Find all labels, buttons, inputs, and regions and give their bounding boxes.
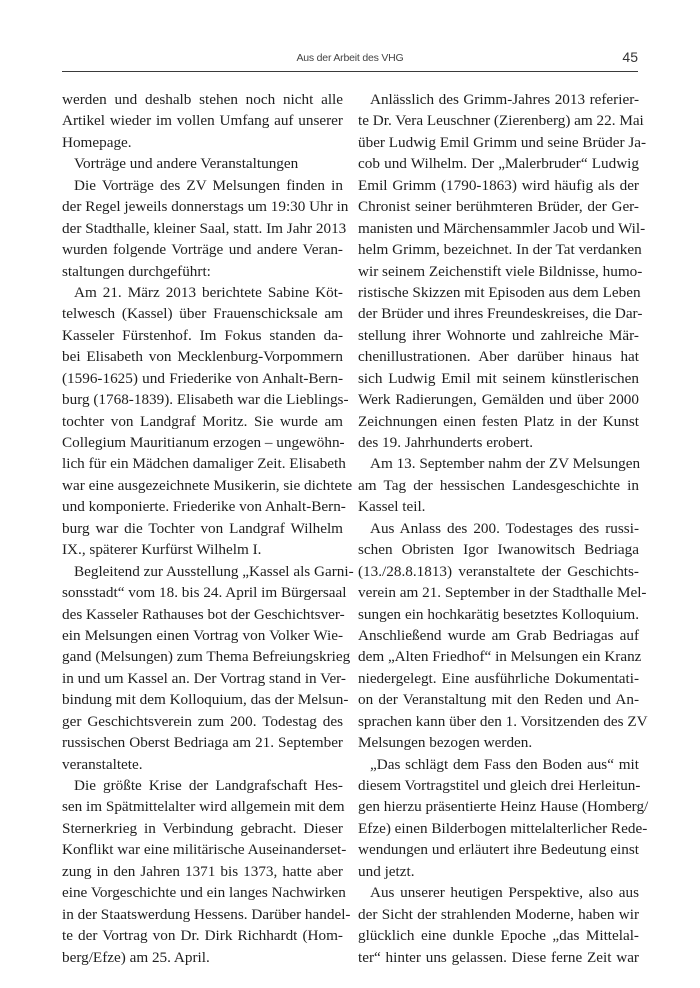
text-line: gen hierzu präsentierte Heinz Hause (Hom… bbox=[358, 796, 639, 817]
text-line: te Dr. Vera Leuschner (Zierenberg) am 22… bbox=[358, 110, 639, 131]
text-line: te der Vortrag von Dr. Dirk Richhardt (H… bbox=[62, 925, 343, 946]
text-line: Werk Radierungen, Gemälden und über 2000 bbox=[358, 389, 639, 410]
text-line: werden und deshalb stehen noch nicht all… bbox=[62, 89, 343, 110]
text-line: zung in den Jahren 1371 bis 1373, hatte … bbox=[62, 861, 343, 882]
text-line: russischen Oberst Bedriaga am 21. Septem… bbox=[62, 732, 343, 753]
text-line: Anlässlich des Grimm-Jahres 2013 referie… bbox=[358, 89, 639, 110]
text-line: Emil Grimm (1790-1863) wird häufig als d… bbox=[358, 175, 639, 196]
text-line: IX., späterer Kurfürst Wilhelm I. bbox=[62, 539, 343, 560]
text-line: sungen ein hochkarätig besetztes Kolloqu… bbox=[358, 604, 639, 625]
text-line: der Brüder und ihres Freundeskreises, di… bbox=[358, 303, 639, 324]
text-line: chenillustrationen. Aber darüber hinaus … bbox=[358, 346, 639, 367]
text-line: ristische Skizzen mit Episoden aus dem L… bbox=[358, 282, 639, 303]
text-line: war eine ausgezeichnete Musikerin, sie d… bbox=[62, 475, 343, 496]
text-line: Sternerkrieg in Verbindung gebracht. Die… bbox=[62, 818, 343, 839]
text-line: helm Grimm, bezeichnet. In der Tat verda… bbox=[358, 239, 639, 260]
text-line: staltungen durchgeführt: bbox=[62, 261, 343, 282]
text-line: „Das schlägt dem Fass den Boden aus“ mit bbox=[358, 754, 639, 775]
text-line: und jetzt. bbox=[358, 861, 639, 882]
text-line: Vorträge und andere Veranstaltungen bbox=[62, 153, 343, 174]
text-line: Artikel wieder im vollen Umfang auf unse… bbox=[62, 110, 343, 131]
text-line: wendungen und erläutert ihre Bedeutung e… bbox=[358, 839, 639, 860]
text-line: Aus unserer heutigen Perspektive, also a… bbox=[358, 882, 639, 903]
text-line: Am 21. März 2013 berichtete Sabine Köt- bbox=[62, 282, 343, 303]
text-line: cob und Wilhelm. Der „Malerbruder“ Ludwi… bbox=[358, 153, 639, 174]
text-line: Begleitend zur Ausstellung „Kassel als G… bbox=[62, 561, 343, 582]
text-line: der Regel jeweils donnerstags um 19:30 U… bbox=[62, 196, 343, 217]
text-line: gand (Melsungen) zum Thema Befreiungskri… bbox=[62, 646, 343, 667]
text-line: burg war die Tochter von Landgraf Wilhel… bbox=[62, 518, 343, 539]
text-line: wurden folgende Vorträge und andere Vera… bbox=[62, 239, 343, 260]
text-line: (13./28.8.1813) veranstaltete der Geschi… bbox=[358, 561, 639, 582]
left-text-column: werden und deshalb stehen noch nicht all… bbox=[62, 89, 343, 968]
text-line: Kasseler Fürstenhof. Im Fokus standen da… bbox=[62, 325, 343, 346]
text-line: Die Vorträge des ZV Melsungen finden in bbox=[62, 175, 343, 196]
page-header: Aus der Arbeit des VHG 45 bbox=[62, 48, 638, 72]
text-line: veranstaltete. bbox=[62, 754, 343, 775]
text-line: Homepage. bbox=[62, 132, 343, 153]
text-line: der Stadthalle, kleiner Saal, statt. Im … bbox=[62, 218, 343, 239]
text-line: ter“ hinter uns gelassen. Diese ferne Ze… bbox=[358, 947, 639, 968]
text-line: sprachen kann über den 1. Vorsitzenden d… bbox=[358, 711, 639, 732]
text-line: bindung mit dem Kolloquium, das der Mels… bbox=[62, 689, 343, 710]
text-line: telwesch (Kassel) über Frauenschicksale … bbox=[62, 303, 343, 324]
text-line: wir seinem Zeichenstift viele Bildnisse,… bbox=[358, 261, 639, 282]
text-line: glücklich eine dunkle Epoche „das Mittel… bbox=[358, 925, 639, 946]
text-line: stellung ihrer Wohnorte und zahlreiche M… bbox=[358, 325, 639, 346]
text-line: über Ludwig Emil Grimm und seine Brüder … bbox=[358, 132, 639, 153]
text-line: schen Obristen Igor Iwanowitsch Bedriaga bbox=[358, 539, 639, 560]
text-line: Anschließend wurde am Grab Bedriagas auf bbox=[358, 625, 639, 646]
text-line: am Tag der hessischen Landesgeschichte i… bbox=[358, 475, 639, 496]
text-line: Am 13. September nahm der ZV Melsungen bbox=[358, 453, 639, 474]
text-line: diesem Vortragstitel und gleich drei Her… bbox=[358, 775, 639, 796]
text-line: in und um Kassel an. Der Vortrag stand i… bbox=[62, 668, 343, 689]
text-line: (1596-1625) und Friederike von Anhalt-Be… bbox=[62, 368, 343, 389]
right-text-column: Anlässlich des Grimm-Jahres 2013 referie… bbox=[358, 89, 639, 968]
page-number: 45 bbox=[622, 49, 638, 65]
text-line: verein am 21. September in der Stadthall… bbox=[358, 582, 639, 603]
text-line: des Kasseler Rathauses bot der Geschicht… bbox=[62, 604, 343, 625]
text-line: ger Geschichtsverein zum 200. Todestag d… bbox=[62, 711, 343, 732]
text-line: des 19. Jahrhunderts erobert. bbox=[358, 432, 639, 453]
text-line: bei Elisabeth von Mecklenburg-Vorpommern bbox=[62, 346, 343, 367]
text-line: und komponierte. Friederike von Anhalt-B… bbox=[62, 496, 343, 517]
text-line: Aus Anlass des 200. Todestages des russi… bbox=[358, 518, 639, 539]
text-line: berg/Efze) am 25. April. bbox=[62, 947, 343, 968]
text-line: niedergelegt. Eine ausführliche Dokument… bbox=[358, 668, 639, 689]
text-line: Chronist seiner berühmteren Brüder, der … bbox=[358, 196, 639, 217]
text-line: der Sicht der strahlenden Moderne, haben… bbox=[358, 904, 639, 925]
text-line: in der Staatswerdung Hessens. Darüber ha… bbox=[62, 904, 343, 925]
text-line: Die größte Krise der Landgrafschaft Hes- bbox=[62, 775, 343, 796]
text-line: eine Vorgeschichte und ein langes Nachwi… bbox=[62, 882, 343, 903]
text-line: Kassel teil. bbox=[358, 496, 639, 517]
text-line: lich für ein Mädchen damaliger Zeit. Eli… bbox=[62, 453, 343, 474]
text-line: tochter von Landgraf Moritz. Sie wurde a… bbox=[62, 411, 343, 432]
text-line: Efze) einen Bilderbogen mittelalterliche… bbox=[358, 818, 639, 839]
text-line: dem „Alten Friedhof“ in Melsungen ein Kr… bbox=[358, 646, 639, 667]
text-line: Zeichnungen einen festen Platz in der Ku… bbox=[358, 411, 639, 432]
text-line: sich Ludwig Emil mit seinem künstlerisch… bbox=[358, 368, 639, 389]
text-line: burg (1768-1839). Elisabeth war die Lieb… bbox=[62, 389, 343, 410]
text-line: Konflikt war eine militärische Auseinand… bbox=[62, 839, 343, 860]
text-line: ein Melsungen einen Vortrag von Volker W… bbox=[62, 625, 343, 646]
text-line: sonsstadt“ vom 18. bis 24. April im Bürg… bbox=[62, 582, 343, 603]
text-line: Melsungen bezogen werden. bbox=[358, 732, 639, 753]
text-line: manisten und Märchensammler Jacob und Wi… bbox=[358, 218, 639, 239]
text-line: Collegium Mauritianum erzogen – ungewöhn… bbox=[62, 432, 343, 453]
running-title: Aus der Arbeit des VHG bbox=[62, 52, 638, 64]
text-line: on der Veranstaltung mit den Reden und A… bbox=[358, 689, 639, 710]
text-line: sen im Spätmittelalter wird allgemein mi… bbox=[62, 796, 343, 817]
